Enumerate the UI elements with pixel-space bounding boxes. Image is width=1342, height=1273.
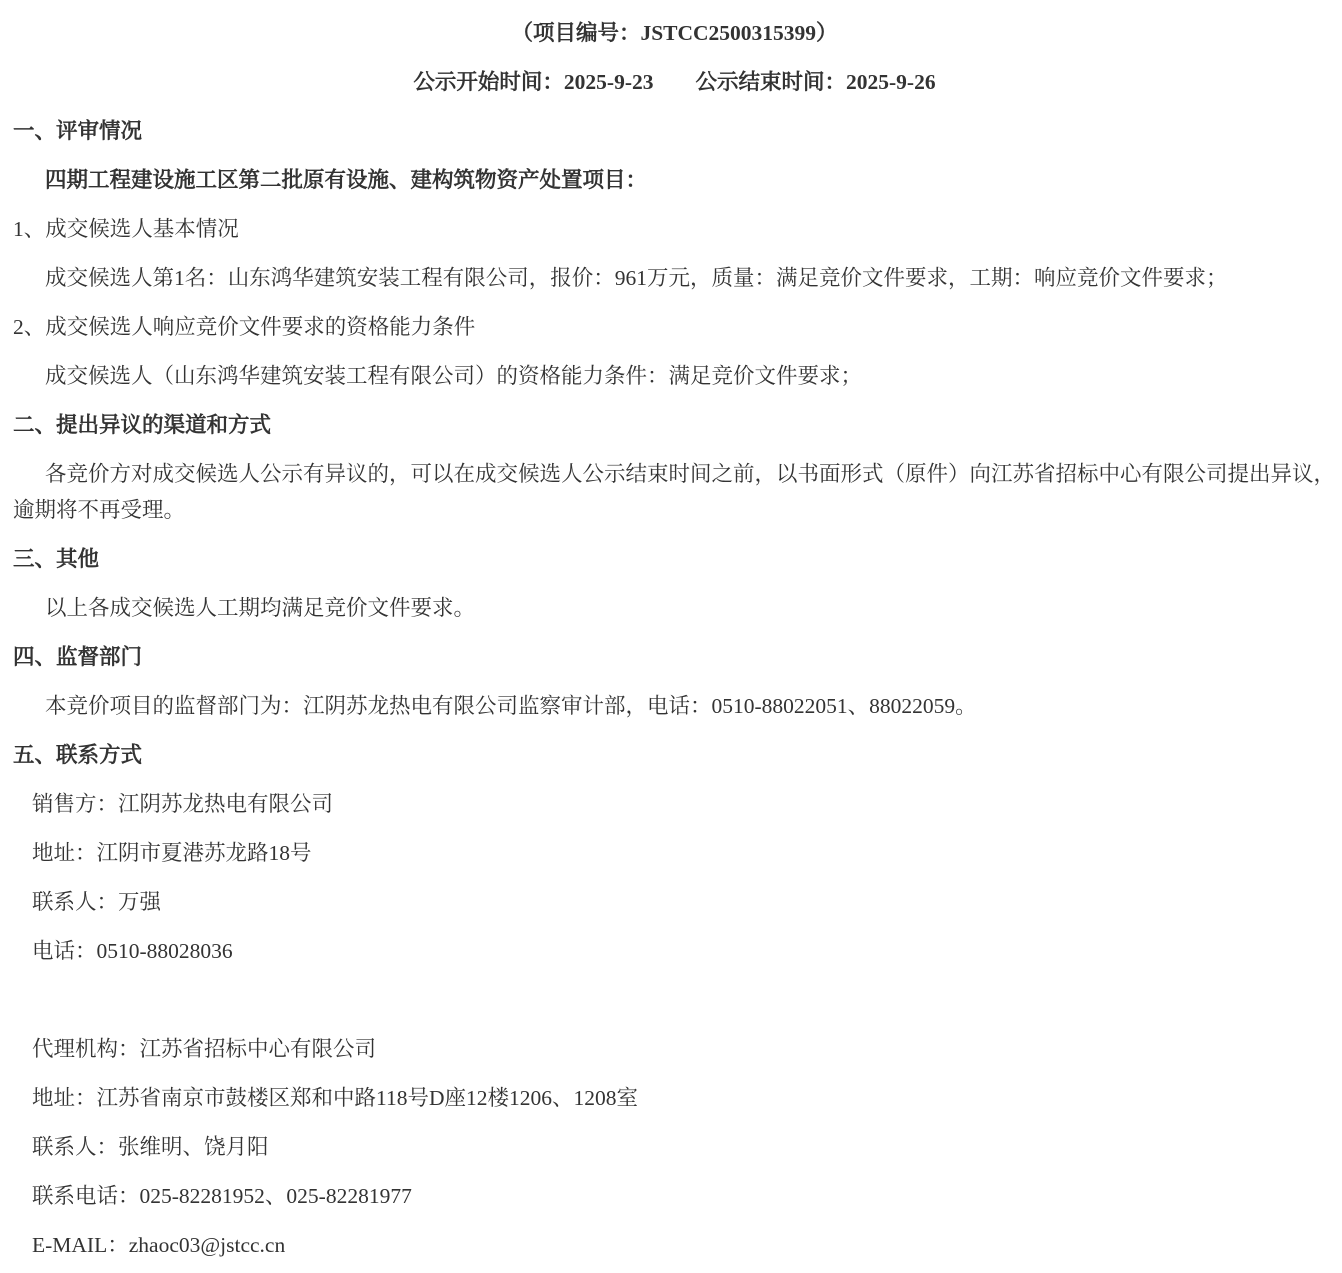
objection-paragraph: 各竞价方对成交候选人公示有异议的，可以在成交候选人公示结束时间之前，以书面形式（… [13, 456, 1336, 528]
section-3-heading: 三、其他 [13, 541, 1336, 577]
section-1-heading: 一、评审情况 [13, 113, 1336, 149]
blank-line [13, 982, 1336, 1018]
section-4-heading: 四、监督部门 [13, 639, 1336, 675]
section-2-heading: 二、提出异议的渠道和方式 [13, 407, 1336, 443]
winning-candidate-info: 成交候选人第1名：山东鸿华建筑安装工程有限公司，报价：961万元，质量：满足竞价… [13, 260, 1336, 296]
agency-email: E-MAIL：zhaoc03@jstcc.cn [13, 1227, 1336, 1263]
project-number-line: （项目编号：JSTCC2500315399） [13, 15, 1336, 51]
seller-contact-person: 联系人：万强 [13, 884, 1336, 920]
section-1-item-2-heading: 2、成交候选人响应竞价文件要求的资格能力条件 [13, 309, 1336, 345]
supervision-paragraph: 本竞价项目的监督部门为：江阴苏龙热电有限公司监察审计部，电话：0510-8802… [13, 688, 1336, 724]
qualification-info: 成交候选人（山东鸿华建筑安装工程有限公司）的资格能力条件：满足竞价文件要求； [13, 358, 1336, 394]
publicity-end-time: 公示结束时间：2025-9-26 [696, 70, 936, 94]
agency-phone: 联系电话：025-82281952、025-82281977 [13, 1178, 1336, 1214]
agency-contact-person: 联系人：张维明、饶月阳 [13, 1129, 1336, 1165]
agency-address: 地址：江苏省南京市鼓楼区郑和中路118号D座12楼1206、1208室 [13, 1080, 1336, 1116]
notice-document: （项目编号：JSTCC2500315399） 公示开始时间：2025-9-23公… [0, 0, 1342, 1273]
section-5-heading: 五、联系方式 [13, 737, 1336, 773]
project-title: 四期工程建设施工区第二批原有设施、建构筑物资产处置项目： [13, 162, 1336, 198]
agency-name: 代理机构：江苏省招标中心有限公司 [13, 1031, 1336, 1067]
publicity-time-line: 公示开始时间：2025-9-23公示结束时间：2025-9-26 [13, 64, 1336, 100]
section-1-item-1-heading: 1、成交候选人基本情况 [13, 211, 1336, 247]
seller-address: 地址：江阴市夏港苏龙路18号 [13, 835, 1336, 871]
publicity-start-time: 公示开始时间：2025-9-23 [413, 70, 653, 94]
seller-phone: 电话：0510-88028036 [13, 933, 1336, 969]
other-paragraph: 以上各成交候选人工期均满足竞价文件要求。 [13, 590, 1336, 626]
seller-name: 销售方：江阴苏龙热电有限公司 [13, 786, 1336, 822]
